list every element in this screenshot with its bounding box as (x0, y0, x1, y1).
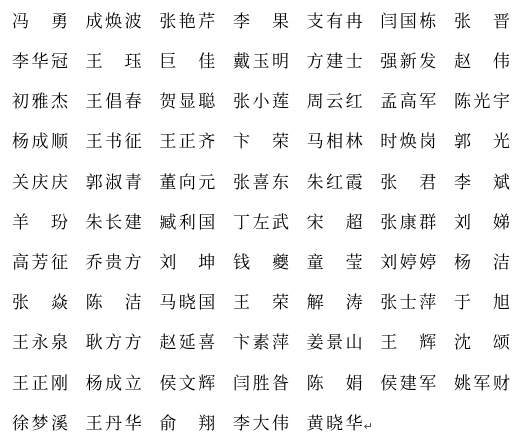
person-name: 刘 娣 (454, 213, 510, 233)
person-name: 张康群 (380, 213, 436, 233)
person-name: 王 荣 (233, 293, 289, 313)
person-name: 张喜东 (233, 173, 289, 193)
person-name: 张士萍 (380, 293, 436, 313)
person-name: 李 斌 (454, 173, 510, 193)
person-name: 宋 超 (307, 213, 363, 233)
name-row: 高芳征乔贵方刘 坤钱 夔童 莹刘婷婷杨 洁 (12, 243, 510, 283)
person-name: 冯 勇 (12, 12, 68, 32)
person-name: 王丹华 (86, 414, 142, 434)
person-name: 姜景山 (307, 333, 363, 353)
person-name: 杨 洁 (454, 253, 510, 273)
person-name: 张小莲 (233, 92, 289, 112)
person-name: 初雅杰 (12, 92, 68, 112)
person-name: 徐梦溪 (12, 414, 68, 434)
person-name: 关庆庆 (12, 173, 68, 193)
person-name: 王永泉 (12, 333, 68, 353)
person-name: 沈 颂 (454, 333, 510, 353)
person-name: 郭淑青 (86, 173, 142, 193)
person-name: 王书征 (86, 132, 142, 152)
name-row: 冯 勇成焕波张艳芹李 果支有冉闫国栋张 晋 (12, 2, 510, 42)
person-name: 张 焱 (12, 293, 68, 313)
person-name: 马相林 (307, 132, 363, 152)
person-name: 支有冉 (307, 12, 363, 32)
name-row: 徐梦溪王丹华俞 翔李大伟黄晓华↵ (12, 404, 510, 444)
person-name: 朱红霞 (307, 173, 363, 193)
name-row: 初雅杰王倡春贺显聪张小莲周云红孟高军陈光宇 (12, 82, 510, 122)
person-name: 方建士 (307, 52, 363, 72)
person-name: 朱长建 (86, 213, 142, 233)
person-name: 强新发 (380, 52, 436, 72)
person-name: 黄晓华↵ (307, 414, 363, 434)
person-name: 贺显聪 (159, 92, 215, 112)
person-name: 马晓国 (159, 293, 215, 313)
person-name: 巨 佳 (159, 52, 215, 72)
person-name: 赵延喜 (159, 333, 215, 353)
person-name: 耿方方 (86, 333, 142, 353)
name-row: 关庆庆郭淑青董向元张喜东朱红霞张 君李 斌 (12, 163, 510, 203)
person-name: 刘 坤 (159, 253, 215, 273)
person-name: 时焕岗 (380, 132, 436, 152)
person-name: 孟高军 (380, 92, 436, 112)
person-name: 羊 玢 (12, 213, 68, 233)
name-row: 王正刚杨成立侯文辉闫胜昝陈 娟侯建军姚军财 (12, 364, 510, 404)
person-name: 成焕波 (86, 12, 142, 32)
person-name: 郭 光 (454, 132, 510, 152)
name-row: 王永泉耿方方赵延喜卞素萍姜景山王 辉沈 颂 (12, 324, 510, 364)
person-name: 张艳芹 (159, 12, 215, 32)
person-name: 李华冠 (12, 52, 68, 72)
person-name: 王 辉 (380, 333, 436, 353)
person-name: 侯文辉 (159, 374, 215, 394)
name-row: 杨成顺王书征王正齐卞 荣马相林时焕岗郭 光 (12, 123, 510, 163)
person-name: 赵 伟 (454, 52, 510, 72)
name-grid: 冯 勇成焕波张艳芹李 果支有冉闫国栋张 晋李华冠王 珏巨 佳戴玉明方建士强新发赵… (0, 0, 517, 446)
person-name: 王正齐 (159, 132, 215, 152)
person-name: 杨成顺 (12, 132, 68, 152)
person-name: 童 莹 (307, 253, 363, 273)
person-name: 闫胜昝 (233, 374, 289, 394)
person-name: 卞素萍 (233, 333, 289, 353)
person-name: 闫国栋 (380, 12, 436, 32)
person-name: 王 珏 (86, 52, 142, 72)
name-row: 羊 玢朱长建臧利国丁左武宋 超张康群刘 娣 (12, 203, 510, 243)
person-name: 于 旭 (454, 293, 510, 313)
person-name: 周云红 (307, 92, 363, 112)
person-name: 高芳征 (12, 253, 68, 273)
person-name: 董向元 (159, 173, 215, 193)
document-page: 冯 勇成焕波张艳芹李 果支有冉闫国栋张 晋李华冠王 珏巨 佳戴玉明方建士强新发赵… (0, 0, 517, 446)
person-name: 张 君 (380, 173, 436, 193)
person-name: 乔贵方 (86, 253, 142, 273)
person-name: 姚军财 (454, 374, 510, 394)
person-name: 王正刚 (12, 374, 68, 394)
name-row: 李华冠王 珏巨 佳戴玉明方建士强新发赵 伟 (12, 42, 510, 82)
person-name: 陈光宇 (454, 92, 510, 112)
person-name: 臧利国 (159, 213, 215, 233)
person-name: 钱 夔 (233, 253, 289, 273)
person-name: 陈 娟 (307, 374, 363, 394)
person-name: 刘婷婷 (380, 253, 436, 273)
person-name: 戴玉明 (233, 52, 289, 72)
person-name: 俞 翔 (159, 414, 215, 434)
person-name: 卞 荣 (233, 132, 289, 152)
person-name: 李大伟 (233, 414, 289, 434)
person-name: 杨成立 (86, 374, 142, 394)
person-name: 王倡春 (86, 92, 142, 112)
person-name: 侯建军 (380, 374, 436, 394)
name-row: 张 焱陈 洁马晓国王 荣解 涛张士萍于 旭 (12, 283, 510, 323)
person-name: 李 果 (233, 12, 289, 32)
person-name: 丁左武 (233, 213, 289, 233)
person-name: 陈 洁 (86, 293, 142, 313)
person-name: 张 晋 (454, 12, 510, 32)
paragraph-mark-icon: ↵ (364, 420, 373, 433)
person-name: 解 涛 (307, 293, 363, 313)
